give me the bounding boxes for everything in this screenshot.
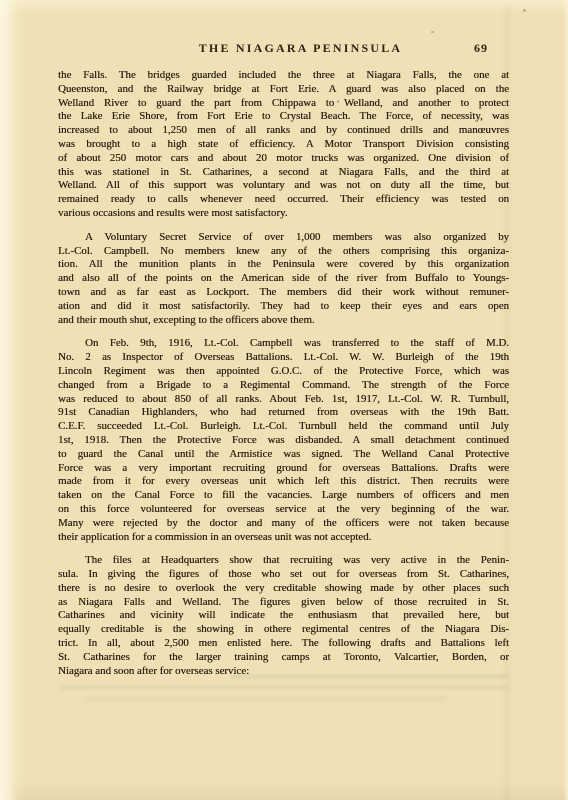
paragraph: The files at Headquarters show that recr… [58,554,509,678]
text-line: trict. In all, about 2,500 men enlisted … [58,637,509,651]
text-line: 1st, 1918. Then the Protective Force was… [58,434,509,448]
text-line: On Feb. 9th, 1916, Lt.-Col. Campbell was… [58,337,509,351]
text-line: equally creditable is the showing in oth… [58,623,509,637]
text-line: various occasions and results were most … [58,207,509,221]
show-through-line [86,696,446,701]
ink-speck [522,8,526,12]
text-line: tion. All the munition plants in the Pen… [58,258,509,272]
text-line: was brought to a high state of efficienc… [58,138,509,152]
page-number: 69 [474,41,488,56]
text-line: changed from a Brigade to a Regimental C… [58,379,509,393]
text-line: this was stationel in St. Catharines, a … [58,166,509,180]
text-line: Force was a very important recruiting gr… [58,462,509,476]
text-line: there is no desire to overlook the very … [58,582,509,596]
running-header-title: THE NIAGARA PENINSULA [75,41,526,56]
text-line: Welland River to guard the part from Chi… [58,97,509,111]
text-line: Queenston, and the Railway bridge at For… [58,83,509,97]
text-line: and also all of the points on the Americ… [58,272,509,286]
text-line: Catharines and vicinity will indicate th… [58,609,509,623]
text-line: the Lake Erie Shore, from Fort Erie to C… [58,110,509,124]
paragraph: On Feb. 9th, 1916, Lt.-Col. Campbell was… [58,337,509,544]
text-line: Welland. All of this support was volunta… [58,179,509,193]
text-line: increased to about 1,250 men of all rank… [58,124,509,138]
text-line: on this force volunteered for overseas s… [58,503,509,517]
text-line: the Falls. The bridges guarded included … [58,69,509,83]
text-line: made from it for every overseas unit whi… [58,475,509,489]
text-line: of about 250 motor cars and about 20 mot… [58,152,509,166]
text-line: Lincoln Regiment was then appointed G.O.… [58,365,509,379]
text-line: their application for a commission in an… [58,531,509,545]
text-line: The files at Headquarters show that recr… [58,554,509,568]
book-page-scan: THE NIAGARA PENINSULA 69 the Falls. The … [0,0,568,800]
body-text: the Falls. The bridges guarded included … [58,69,509,688]
ink-speck [431,31,434,33]
text-line: town and as far east as Lockport. The me… [58,286,509,300]
text-line: Niagara and soon after for overseas serv… [58,665,509,679]
paragraph: A Voluntary Secret Service of over 1,000… [58,231,509,328]
text-line: was reduced to about 850 of all ranks. A… [58,393,509,407]
paragraph: the Falls. The bridges guarded included … [58,69,509,221]
text-line: to guard the Canal until the Armistice w… [58,448,509,462]
text-line: remained ready to calls whenever need oc… [58,193,509,207]
text-line: No. 2 as Inspector of Overseas Battalion… [58,351,509,365]
text-line: C.E.F. succeeded Lt.-Col. Burleigh. Lt.-… [58,420,509,434]
text-line: St. Catharines for the larger training c… [58,651,509,665]
text-line: as Niagara Falls and Welland. The figure… [58,596,509,610]
text-line: A Voluntary Secret Service of over 1,000… [58,231,509,245]
text-line: Lt.-Col. Campbell. No members knew any o… [58,245,509,259]
text-line: and their mouth shut, excepting to the o… [58,314,509,328]
text-line: sula. In giving the figures of those who… [58,568,509,582]
text-line: taken on the Canal Force to fill the vac… [58,489,509,503]
text-line: 91st Canadian Highlanders, who had retur… [58,406,509,420]
text-line: Many were rejected by the doctor and man… [58,517,509,531]
text-line: ation and did it most satisfactorily. Th… [58,300,509,314]
ink-speck [337,100,339,103]
